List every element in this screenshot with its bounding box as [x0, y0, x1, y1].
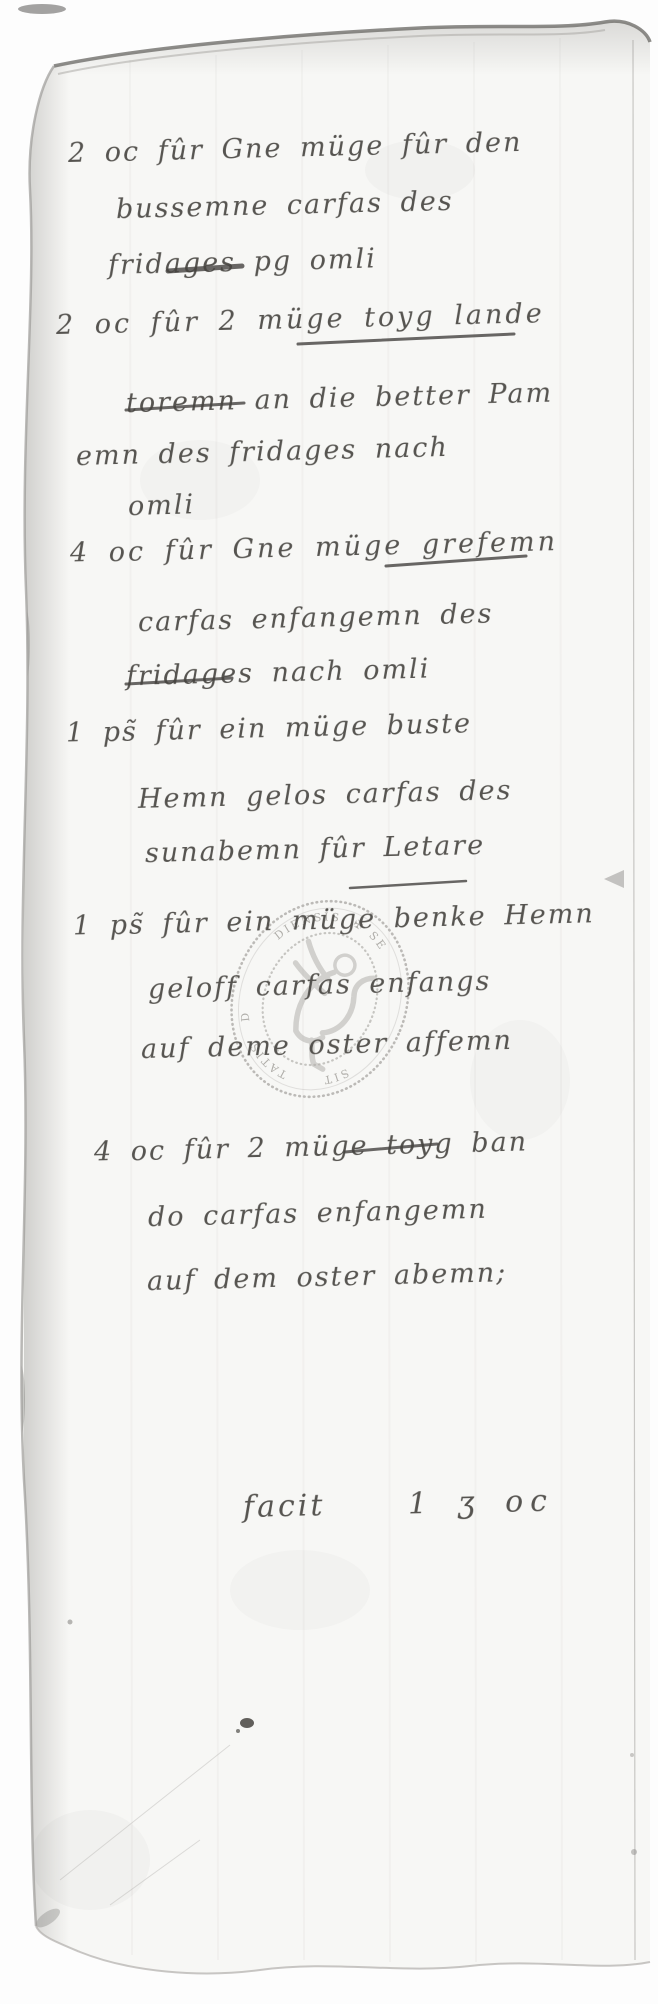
manuscript-line: fridages pg omli [108, 243, 378, 281]
sum-label: facit [243, 1488, 326, 1525]
page-scan-graphic: ✠ SE SIT TATIS D DIENSIS [0, 0, 658, 2004]
top-left-fragment [18, 4, 66, 14]
manuscript-scan-page: ✠ SE SIT TATIS D DIENSIS [0, 0, 658, 2004]
manuscript-line: omli [128, 489, 196, 522]
sum-amount: 1 ʒ oc [408, 1483, 555, 1522]
